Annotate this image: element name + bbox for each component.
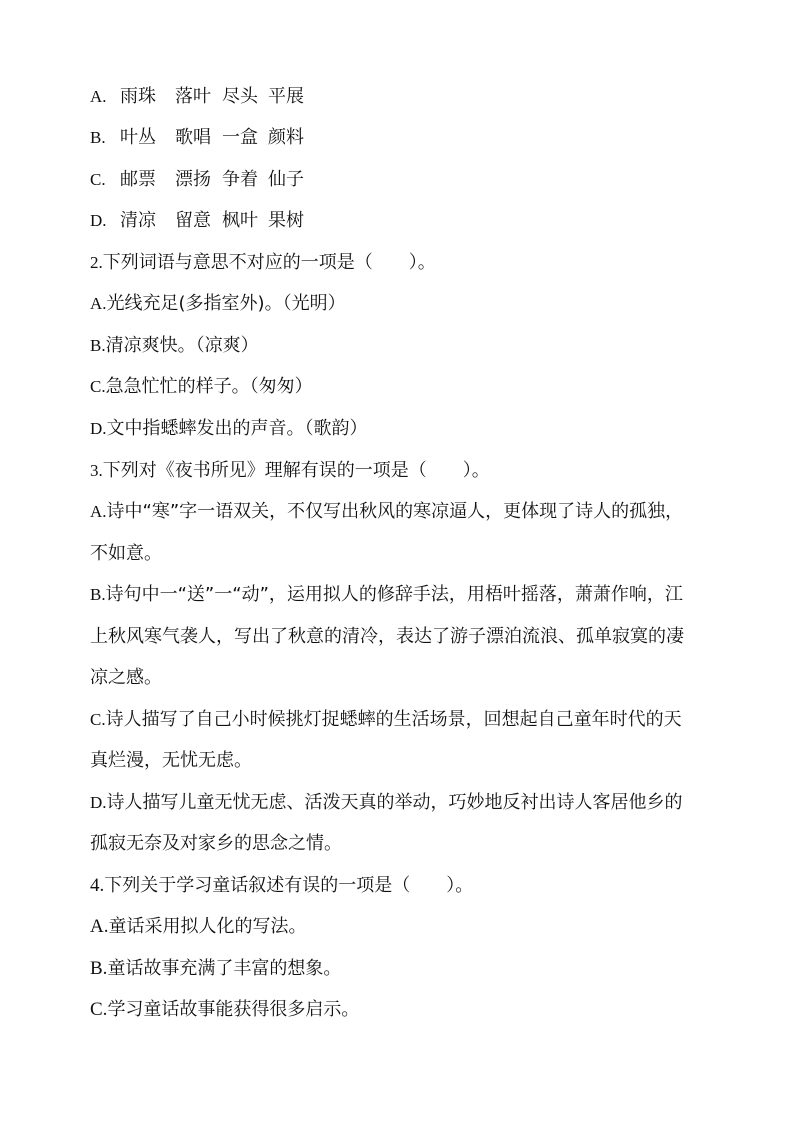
question-number: 2. [90, 253, 103, 272]
word: 留意 [175, 209, 222, 233]
q2-option-b: B.清凉爽快。（凉爽） [90, 334, 259, 358]
q3-option-a-line1: A.诗中“寒”字一语双关，不仅写出秋风的寒凉逼人，更体现了诗人的孤独， [90, 500, 683, 524]
q2-option-a: A.光线充足(多指室外)。（光明） [90, 292, 346, 316]
word: 尽头 [222, 85, 268, 109]
option-text: 凉之感。 [90, 667, 162, 688]
option-text: 清凉爽快。（凉爽） [106, 335, 259, 356]
question-text: 下列关于学习童话叙述有误的一项是（ ）。 [104, 875, 473, 896]
option-label: B. [90, 958, 107, 979]
q3-option-a-line2: 不如意。 [90, 542, 162, 566]
word: 落叶 [175, 85, 222, 109]
option-label: D. [90, 793, 107, 812]
q2-stem: 2.下列词语与意思不对应的一项是（ ）。 [90, 251, 436, 275]
q1-option-c: C.邮票漂扬争着仙子 [90, 168, 318, 192]
q1-option-d: D.清凉留意枫叶果树 [90, 209, 318, 233]
option-label: C. [90, 377, 106, 396]
option-text: 诗句中一“送”一“动”，运用拟人的修辞手法，用梧叶摇落，萧萧作响，江 [106, 584, 683, 605]
option-text: 诗中“寒”字一语双关，不仅写出秋风的寒凉逼人，更体现了诗人的孤独， [107, 501, 684, 522]
option-text: 真烂漫，无忧无虑。 [90, 750, 252, 771]
option-text: 文中指蟋蟀发出的声音。（歌韵） [107, 418, 368, 439]
q3-option-d-line1: D.诗人描写儿童无忧无虑、活泼天真的举动，巧妙地反衬出诗人客居他乡的 [90, 791, 683, 815]
word: 颜料 [268, 126, 318, 150]
option-label: B. [90, 126, 120, 150]
word: 平展 [268, 85, 318, 109]
option-text: 童话故事充满了丰富的想象。 [107, 958, 341, 979]
option-label: D. [90, 419, 107, 438]
option-label: A. [90, 294, 107, 313]
option-text: 上秋风寒气袭人，写出了秋意的清冷，表达了游子漂泊流浪、孤单寂寞的凄 [90, 626, 684, 647]
q4-option-a: A.童话采用拟人化的写法。 [90, 915, 306, 939]
word: 果树 [268, 209, 318, 233]
option-label: A. [90, 85, 120, 109]
option-label: A. [90, 916, 108, 937]
word: 雨珠 [120, 85, 175, 109]
option-label: D. [90, 209, 120, 233]
q3-option-b-line2: 上秋风寒气袭人，写出了秋意的清冷，表达了游子漂泊流浪、孤单寂寞的凄 [90, 625, 684, 649]
word: 清凉 [120, 209, 175, 233]
option-text: 孤寂无奈及对家乡的思念之情。 [90, 833, 342, 854]
word: 一盒 [222, 126, 268, 150]
word: 仙子 [268, 168, 318, 192]
q3-stem: 3.下列对《夜书所见》理解有误的一项是（ ）。 [90, 459, 490, 483]
q4-stem: 4.下列关于学习童话叙述有误的一项是（ ）。 [90, 874, 473, 898]
q3-option-c-line2: 真烂漫，无忧无虑。 [90, 749, 252, 773]
question-number: 3. [90, 461, 103, 480]
option-label: B. [90, 336, 106, 355]
q2-option-d: D.文中指蟋蟀发出的声音。（歌韵） [90, 417, 368, 441]
q3-option-b-line3: 凉之感。 [90, 666, 162, 690]
option-label: B. [90, 585, 106, 604]
word: 叶丛 [120, 126, 175, 150]
q1-option-b: B.叶丛歌唱一盒颜料 [90, 126, 318, 150]
q1-option-a: A.雨珠落叶尽头平展 [90, 85, 318, 109]
q3-option-c-line1: C.诗人描写了自己小时候挑灯捉蟋蟀的生活场景，回想起自己童年时代的天 [90, 708, 682, 732]
q3-option-b-line1: B.诗句中一“送”一“动”，运用拟人的修辞手法，用梧叶摇落，萧萧作响，江 [90, 583, 683, 607]
option-text: 急急忙忙的样子。（匆匆） [106, 376, 313, 397]
word: 枫叶 [222, 209, 268, 233]
question-text: 下列词语与意思不对应的一项是（ ）。 [103, 252, 436, 273]
word: 邮票 [120, 168, 175, 192]
option-label: C. [90, 168, 120, 192]
option-text: 诗人描写了自己小时候挑灯捉蟋蟀的生活场景，回想起自己童年时代的天 [106, 709, 682, 730]
option-label: C. [90, 999, 107, 1020]
word: 歌唱 [175, 126, 222, 150]
word: 漂扬 [175, 168, 222, 192]
option-text: 不如意。 [90, 543, 162, 564]
q3-option-d-line2: 孤寂无奈及对家乡的思念之情。 [90, 832, 342, 856]
option-text: 光线充足(多指室外)。（光明） [107, 293, 346, 314]
option-text: 学习童话故事能获得很多启示。 [107, 999, 359, 1020]
q2-option-c: C.急急忙忙的样子。（匆匆） [90, 375, 313, 399]
option-label: C. [90, 710, 106, 729]
option-text: 童话采用拟人化的写法。 [108, 916, 306, 937]
question-text: 下列对《夜书所见》理解有误的一项是（ ）。 [103, 460, 490, 481]
question-number: 4. [90, 875, 104, 896]
word: 争着 [222, 168, 268, 192]
q4-option-b: B.童话故事充满了丰富的想象。 [90, 957, 341, 981]
q4-option-c: C.学习童话故事能获得很多启示。 [90, 998, 359, 1022]
option-text: 诗人描写儿童无忧无虑、活泼天真的举动，巧妙地反衬出诗人客居他乡的 [107, 792, 683, 813]
option-label: A. [90, 502, 107, 521]
